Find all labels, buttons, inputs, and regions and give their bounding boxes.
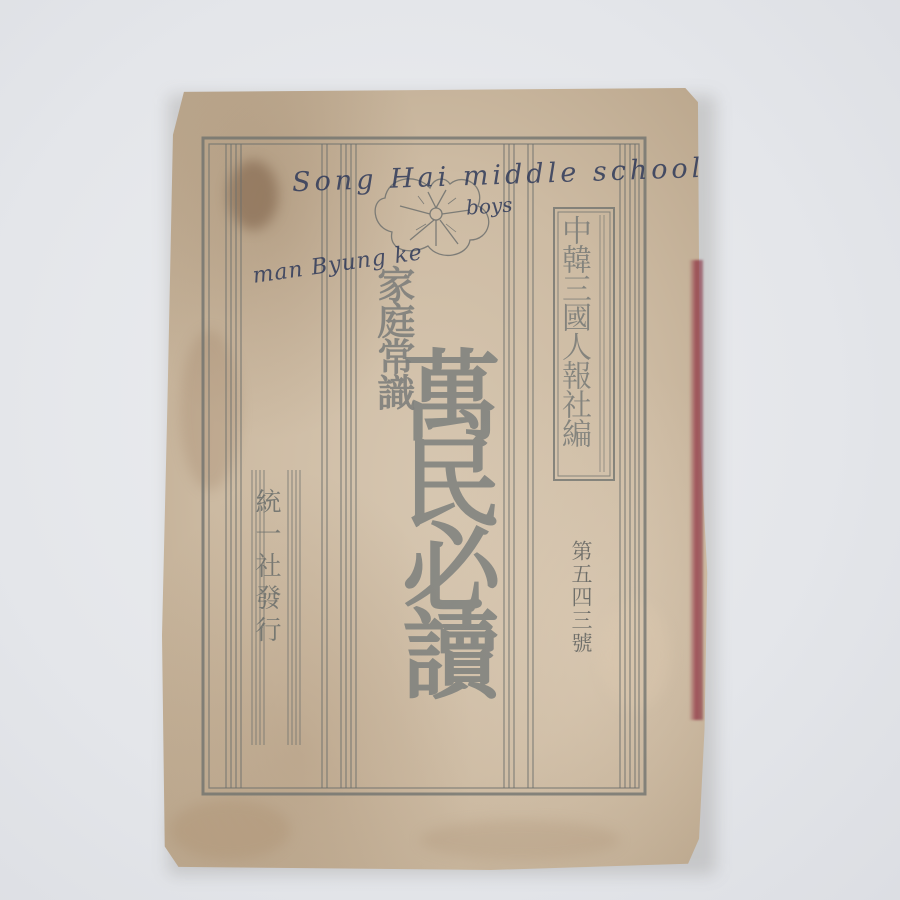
issue-number: 第五四三號 xyxy=(566,540,596,655)
cover-side-label: 中韓三國人報社編 xyxy=(558,215,588,447)
handwritten-note-line2: boys xyxy=(465,192,513,219)
publisher-label: 統一社發行 xyxy=(253,488,279,648)
photo-scene: 家庭常識 萬民必讀 中韓三國人報社編 第五四三號 統一社發行 Song Hai … xyxy=(0,0,900,900)
cover-title: 萬民必讀 xyxy=(362,345,492,689)
